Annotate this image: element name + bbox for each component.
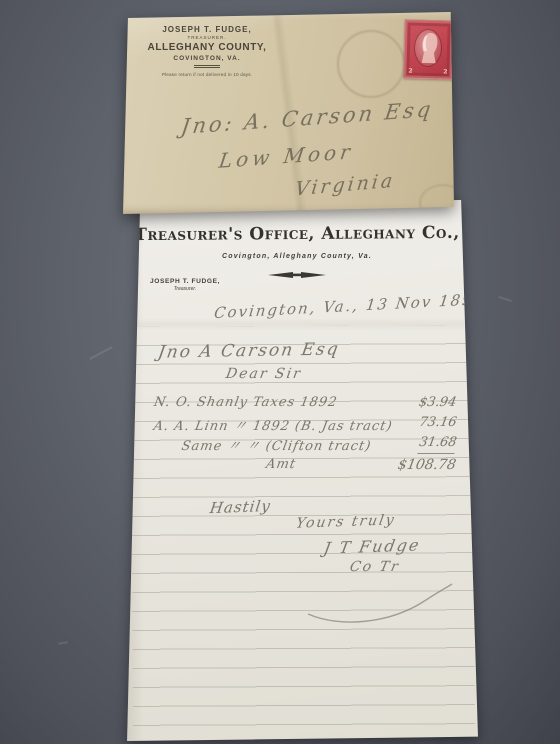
handwritten-closing-hastily: Hastily <box>209 497 272 517</box>
washington-portrait-icon <box>416 30 443 67</box>
stamp-denomination-left: 2 <box>408 67 412 74</box>
letter-sheet: Treasurer's Office, Alleghany Co., Covin… <box>126 200 478 741</box>
total-label: Amt <box>265 457 298 473</box>
return-address-block: JOSEPH T. FUDGE, TREASURER. ALLEGHANY CO… <box>143 25 271 77</box>
return-county: ALLEGHANY COUNTY, <box>143 42 271 53</box>
official-name: JOSEPH T. FUDGE, <box>146 278 224 285</box>
handwritten-town: Low Moor <box>217 139 355 173</box>
account-amount: $3.94 <box>417 395 457 410</box>
account-line: Same 〃 〃 (Clifton tract) 31.68 <box>154 435 456 454</box>
return-name: JOSEPH T. FUDGE, <box>143 25 271 34</box>
handwritten-addressee: Jno: A. Carson Esq <box>180 97 435 139</box>
handwritten-dateline: Covington, Va., 13 Nov 1893 <box>213 290 486 322</box>
letterhead-official-block: JOSEPH T. FUDGE, Treasurer. <box>146 278 224 292</box>
handwritten-signature-title: Co Tr <box>348 559 401 575</box>
return-city: COVINGTON, VA. <box>143 55 271 62</box>
account-amount: 73.16 <box>417 415 458 434</box>
surface-scratch <box>498 296 512 302</box>
account-line: N. O. Shanly Taxes 1892 $3.94 <box>154 395 456 410</box>
account-text: A. A. Linn 〃 1892 (B. Jas tract) <box>152 415 394 434</box>
return-notice: Please return if not delivered in 10 day… <box>143 72 271 77</box>
handwritten-signature: J T Fudge <box>322 535 422 558</box>
postmark-circle <box>337 30 405 98</box>
signature-flourish <box>304 582 456 626</box>
letter-paper: Treasurer's Office, Alleghany Co., Covin… <box>126 200 478 741</box>
postage-stamp: 2 2 <box>403 19 454 79</box>
envelope-paper: JOSEPH T. FUDGE, TREASURER. ALLEGHANY CO… <box>123 12 454 214</box>
account-total-line: Amt $108.78 <box>154 457 456 473</box>
account-amount: 31.68 <box>417 435 458 454</box>
account-text: Same 〃 〃 (Clifton tract) <box>180 435 373 454</box>
account-text: N. O. Shanly Taxes 1892 <box>153 395 339 410</box>
handwritten-state: Virginia <box>294 169 397 200</box>
total-amount: $108.78 <box>397 457 458 473</box>
letterhead-title: Treasurer's Office, Alleghany Co., <box>126 223 468 245</box>
envelope: JOSEPH T. FUDGE, TREASURER. ALLEGHANY CO… <box>123 12 454 214</box>
surface-scratch <box>89 346 113 360</box>
handwritten-salutation: Dear Sir <box>225 366 304 382</box>
letterhead-subtitle: Covington, Alleghany County, Va. <box>126 253 468 260</box>
return-address-rule <box>194 65 220 68</box>
surface-scratch <box>58 641 68 645</box>
handwritten-salutation-name: Jno A Carson Esq <box>156 339 341 362</box>
official-title: Treasurer. <box>146 286 224 292</box>
photo-background: Treasurer's Office, Alleghany Co., Covin… <box>0 0 560 744</box>
return-title: TREASURER. <box>143 35 271 40</box>
account-line: A. A. Linn 〃 1892 (B. Jas tract) 73.16 <box>154 415 456 434</box>
stamp-denomination-right: 2 <box>443 68 447 75</box>
